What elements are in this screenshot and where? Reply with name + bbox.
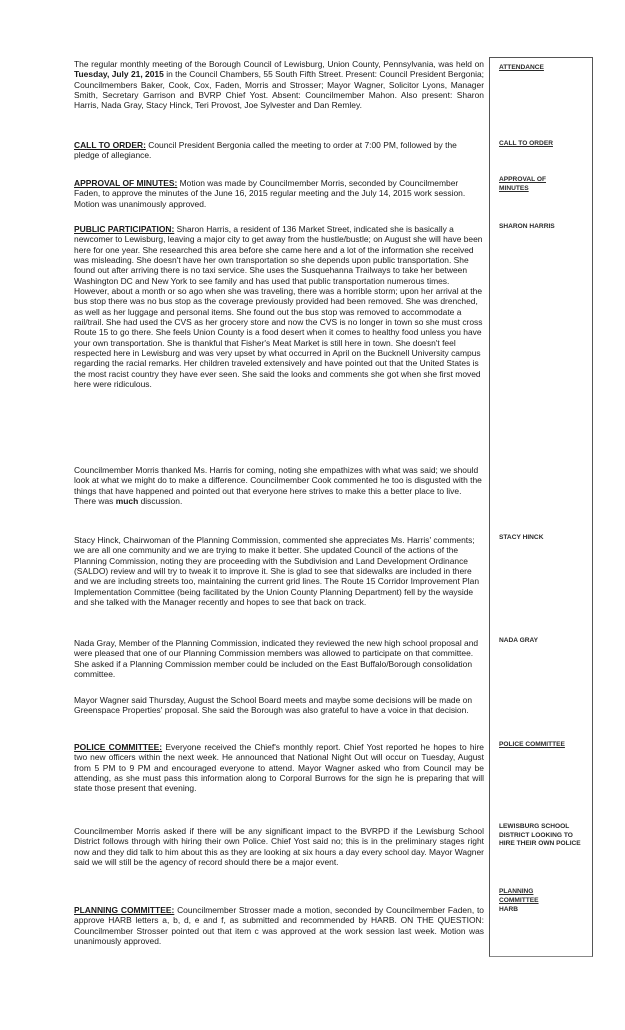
morris-response-text-cont: discussion. — [138, 496, 182, 506]
nada-gray-paragraph: Nada Gray, Member of the Planning Commis… — [74, 638, 484, 679]
mayor-wagner-text: Mayor Wagner said Thursday, August the S… — [74, 695, 472, 715]
planning-committee-paragraph: PLANNING COMMITTEE: Councilmember Stross… — [74, 905, 484, 946]
minutes-page: The regular monthly meeting of the Borou… — [0, 0, 625, 1030]
mayor-wagner-paragraph: Mayor Wagner said Thursday, August the S… — [74, 695, 484, 716]
school-police-paragraph: Councilmember Morris asked if there will… — [74, 826, 484, 867]
margin-note-sharon-harris: SHARON HARRIS — [499, 223, 589, 232]
margin-note-planning-line2: COMMITTEE — [499, 897, 589, 906]
emphasis-much: much — [116, 496, 139, 506]
meeting-date: Tuesday, July 21, 2015 — [74, 69, 164, 79]
school-police-text: Councilmember Morris asked if there will… — [74, 826, 484, 867]
planning-committee-heading: PLANNING COMMITTEE: — [74, 905, 174, 915]
stacy-hinck-text: Stacy Hinck, Chairwoman of the Planning … — [74, 535, 479, 607]
margin-note-stacy-hinck: STACY HINCK — [499, 534, 589, 543]
margin-notes-box: ATTENDANCE CALL TO ORDER APPROVAL OF MIN… — [489, 57, 593, 957]
public-participation-paragraph: PUBLIC PARTICIPATION: Sharon Harris, a r… — [74, 224, 484, 390]
margin-note-planning-line3: HARB — [499, 906, 589, 915]
attendance-paragraph: The regular monthly meeting of the Borou… — [74, 59, 484, 111]
call-to-order-paragraph: CALL TO ORDER: Council President Bergoni… — [74, 140, 484, 161]
margin-note-school-police: LEWISBURG SCHOOL DISTRICT LOOKING TO HIR… — [499, 823, 584, 849]
morris-response-paragraph: Councilmember Morris thanked Ms. Harris … — [74, 465, 484, 506]
margin-note-attendance: ATTENDANCE — [499, 64, 589, 73]
public-participation-heading: PUBLIC PARTICIPATION: — [74, 224, 174, 234]
margin-note-nada-gray: NADA GRAY — [499, 637, 589, 646]
approval-of-minutes-heading: APPROVAL OF MINUTES: — [74, 178, 177, 188]
margin-note-approval-line2: MINUTES — [499, 185, 589, 194]
margin-note-planning-line1: PLANNING — [499, 888, 589, 897]
attendance-text: The regular monthly meeting of the Borou… — [74, 59, 484, 69]
margin-note-approval-line1: APPROVAL OF — [499, 176, 589, 185]
police-committee-paragraph: POLICE COMMITTEE: Everyone received the … — [74, 742, 484, 794]
margin-note-call-to-order: CALL TO ORDER — [499, 140, 589, 149]
police-committee-heading: POLICE COMMITTEE: — [74, 742, 162, 752]
call-to-order-heading: CALL TO ORDER: — [74, 140, 146, 150]
stacy-hinck-paragraph: Stacy Hinck, Chairwoman of the Planning … — [74, 535, 484, 607]
nada-gray-text: Nada Gray, Member of the Planning Commis… — [74, 638, 478, 679]
public-participation-text: Sharon Harris, a resident of 136 Market … — [74, 224, 483, 389]
approval-of-minutes-paragraph: APPROVAL OF MINUTES: Motion was made by … — [74, 178, 484, 209]
margin-note-police-committee: POLICE COMMITTEE — [499, 741, 589, 750]
